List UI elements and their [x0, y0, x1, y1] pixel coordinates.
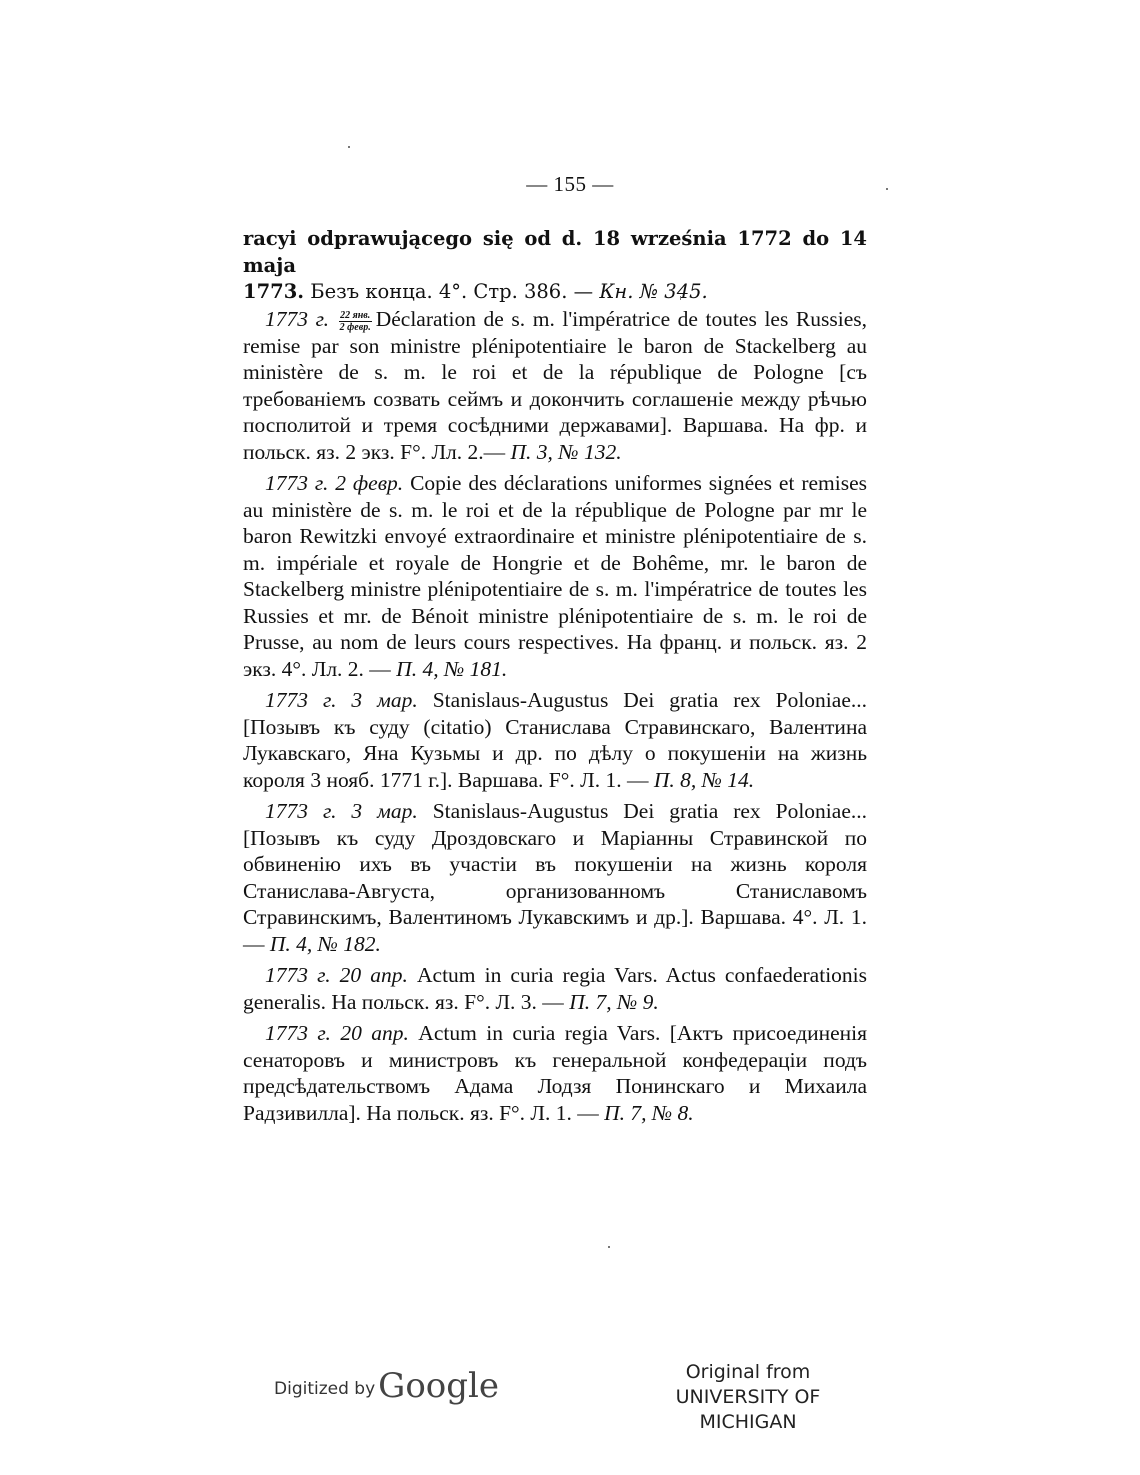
digitized-by-google: Digitized byGoogle: [274, 1366, 499, 1406]
entry-reference: П. 8, № 14.: [654, 768, 754, 792]
continued-entry-reference: Кн. № 345.: [599, 280, 707, 303]
university-name: UNIVERSITY OF MICHIGAN: [630, 1385, 866, 1435]
scan-speck: [608, 1246, 610, 1248]
digitized-by-label: Digitized by: [274, 1379, 375, 1399]
entry-date: 1773 г. 20 апр.: [265, 963, 408, 987]
entry-3: 1773 г. 3 мар. Stanislaus-Augustus Dei g…: [243, 687, 867, 793]
entry-date: 1773 г.: [265, 307, 329, 331]
google-logo-text: Google: [378, 1366, 499, 1406]
entry-6: 1773 г. 20 апр. Actum in curia regia Var…: [243, 1020, 867, 1126]
continued-entry-title-line: racyi odprawującego się od d. 18 wrześni…: [243, 226, 867, 279]
scan-speck: [680, 296, 681, 300]
entry-date: 1773 г. 3 мар.: [265, 799, 418, 823]
entry-reference: П. 4, № 182.: [270, 932, 381, 956]
fraction-old-style-date: 22 янв.: [339, 310, 372, 322]
entry-2: 1773 г. 2 февр. Copie des déclarations u…: [243, 470, 867, 682]
entry-date: 1773 г. 2 февр.: [265, 471, 403, 495]
entry-text: Copie des déclarations uniformes signées…: [243, 471, 867, 681]
entry-5: 1773 г. 20 апр. Actum in curia regia Var…: [243, 962, 867, 1015]
date-fraction: 22 янв. 2 февр.: [339, 310, 372, 333]
original-from-label: Original from: [630, 1360, 866, 1385]
continued-entry-details: Безъ конца. 4°. Стр. 386. —: [304, 280, 599, 303]
entry-date: 1773 г. 20 апр.: [265, 1021, 409, 1045]
continued-entry-year: 1773.: [243, 280, 304, 303]
scan-speck: [886, 188, 888, 190]
continued-entry: racyi odprawującego się od d. 18 wrześni…: [243, 226, 867, 306]
entry-reference: П. 7, № 9.: [569, 990, 659, 1014]
entry-reference: П. 7, № 8.: [604, 1101, 694, 1125]
entry-reference: П. 4, № 181.: [396, 657, 507, 681]
entry-1: 1773 г. 22 янв. 2 февр. Déclaration de s…: [243, 306, 867, 465]
scan-watermark-footer: Digitized byGoogle Original from UNIVERS…: [0, 1358, 1140, 1418]
fraction-new-style-date: 2 февр.: [339, 322, 372, 333]
entries-list: 1773 г. 22 янв. 2 февр. Déclaration de s…: [243, 306, 867, 1131]
entry-date: 1773 г. 3 мар.: [265, 688, 418, 712]
entry-4: 1773 г. 3 мар. Stanislaus-Augustus Dei g…: [243, 798, 867, 957]
entry-reference: П. 3, № 132.: [511, 440, 622, 464]
scan-speck: [348, 146, 350, 148]
original-source: Original from UNIVERSITY OF MICHIGAN: [630, 1360, 866, 1435]
page-number: — 155 —: [0, 172, 1140, 197]
